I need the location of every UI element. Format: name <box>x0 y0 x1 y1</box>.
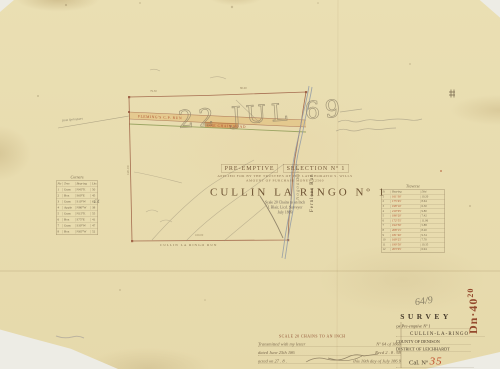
table-row: 9181°40'9.54 <box>382 233 445 238</box>
certification-line-2: dated June 25th 186 Recd 2 . 8 . 69 <box>258 350 401 356</box>
cal-label: Cal. Nº <box>409 359 428 367</box>
table-row: 2175°45'8.64 <box>382 199 445 204</box>
title-subline-1: APPLIED FOR BY THE TRUSTEES OF THE LATE … <box>210 174 360 178</box>
selection-title-line: PRE-EMPTIVE SELECTION Nº 1 <box>210 164 360 173</box>
cert-line1-right: Nº 64 of 1869 <box>376 342 401 347</box>
corners-table: Corners NoTreeBearingLks1GumN45°E502BoxS… <box>56 175 98 235</box>
table-row: 10169°25'7.70 <box>382 237 445 242</box>
traverse-table-grid: StBearingDist1161°30'10.202175°45'8.6431… <box>381 190 445 253</box>
measurement-top-1: 79.50 <box>150 90 157 93</box>
cert-line3-left: acted on 27 . 8 . <box>258 359 287 364</box>
river-name-label: Nogoa River <box>296 164 301 200</box>
cert-line2-right: Recd 2 . 8 . 69 <box>375 350 401 355</box>
measurement-left: 120.00 <box>126 165 130 175</box>
certification-block: SCALE 20 CHAINS TO AN INCH Transmitted w… <box>258 334 408 364</box>
vertical-catalog-stamp: Dn·4020 <box>464 288 482 334</box>
cert-line1-left: Transmitted with my letter <box>258 342 305 347</box>
cert-line2-left: dated June 25th 186 <box>258 350 295 355</box>
red-check-dot <box>440 170 442 172</box>
parcel-title-block: PRE-EMPTIVE SELECTION Nº 1 APPLIED FOR B… <box>210 164 360 215</box>
corners-table-title: Corners <box>56 175 98 180</box>
adjoining-run-label: Fernlees Run <box>310 173 315 212</box>
table-row: 5186°20'7.42 <box>382 213 445 218</box>
table-row: 6172°55'11.06 <box>382 218 445 223</box>
certification-line-1: Transmitted with my letter Nº 64 of 1869 <box>258 342 401 348</box>
scanned-survey-plan: 22 JUL 69 FLEMING'S C.P. RUN ONE CHAIN R… <box>0 0 500 369</box>
certification-scale-line: SCALE 20 CHAINS TO AN INCH <box>258 334 408 339</box>
selection-title-box1: PRE-EMPTIVE <box>221 164 278 173</box>
pencil-annotation-lines <box>336 109 422 131</box>
surveyor-note: J. Blair, Licd. Surveyor <box>210 205 360 210</box>
run-label-bottom: CULLIN LA RINGO RUN <box>160 243 217 247</box>
title-subline-2: AMOUNT OF PURCHASE MONEY £2560 <box>210 179 360 183</box>
of-value: Pre-emptive Nº 1 <box>402 324 431 329</box>
table-row: 1161°30'10.20 <box>382 194 445 199</box>
table-row: 8208°15'8.20 <box>382 228 445 233</box>
survey-heading: SURVEY <box>396 313 456 322</box>
paper-specks <box>37 2 471 301</box>
scale-note: Scale 20 Chains to an Inch <box>210 200 360 205</box>
table-row: 12203°05'6.94 <box>382 247 445 252</box>
stamp-sub: 20 <box>466 288 475 298</box>
margin-symbol-mark <box>449 90 455 98</box>
corner-smudge <box>56 336 84 338</box>
date-stamp: 22 JUL 69 <box>177 94 346 134</box>
table-row: StBearingDist <box>382 190 445 194</box>
traverse-table-title: Traverse <box>381 184 445 189</box>
measurement-top-2: 80.00 <box>240 87 247 90</box>
cert-line3-right: this 10th day of July 186 9 <box>353 359 401 364</box>
certification-line-3: acted on 27 . 8 . this 10th day of July … <box>258 359 401 365</box>
corners-table-grid: NoTreeBearingLks1GumN45°E502BoxS60°E453G… <box>56 181 98 236</box>
stamp-main: Dn·40 <box>466 298 480 334</box>
table-row: 3198°10'6.50 <box>382 204 445 209</box>
traverse-table: Traverse StBearingDist1161°30'10.202175°… <box>381 184 445 252</box>
measurement-bottom: 160.00 <box>195 234 203 237</box>
table-row: 11190°50'10.35 <box>382 242 445 247</box>
cal-number: 35 <box>430 355 443 368</box>
selection-title-box2: SELECTION Nº 1 <box>283 164 349 173</box>
catalog-of-line: OF Pre-emptive Nº 1 <box>396 324 471 330</box>
table-row: 7194°30'5.88 <box>382 223 445 228</box>
of-prefix: OF <box>396 325 400 329</box>
table-row: 8BoxN65°W52 <box>57 229 98 235</box>
date-note: July 1869 <box>210 210 360 215</box>
parcel-name-title: CULLIN LA RINGO Nº 1 <box>210 186 360 199</box>
table-row: 4210°05'9.80 <box>382 209 445 214</box>
